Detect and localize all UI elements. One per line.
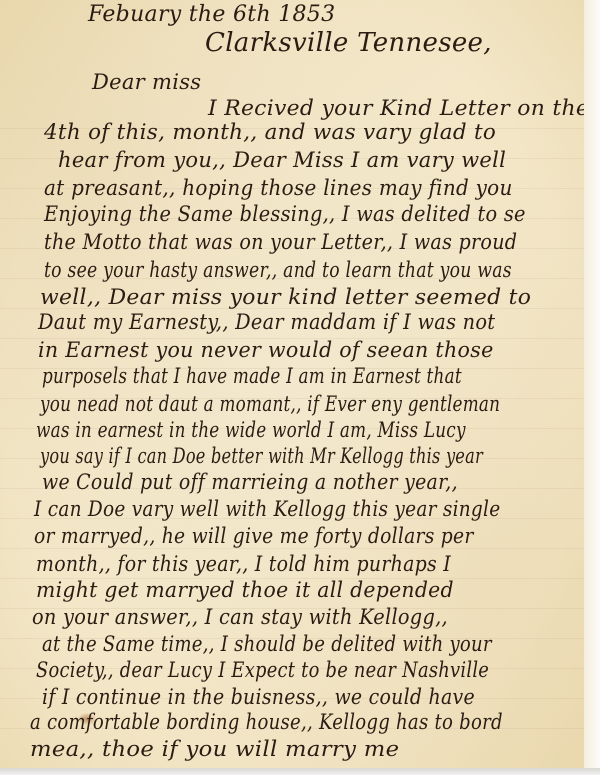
body-line: in Earnest you never would of seean thos…: [38, 338, 494, 362]
body-line: at preasant,, hoping those lines may fin…: [44, 176, 513, 200]
body-line: we Could put off marrieing a nother year…: [42, 470, 458, 494]
body-line: if I continue in the buisness,, we could…: [42, 685, 475, 709]
ruled-line: [0, 548, 584, 549]
body-line: to see your hasty answer,, and to learn …: [44, 258, 512, 282]
body-line: 4th of this, month,, and was vary glad t…: [44, 120, 496, 144]
body-line: was in earnest in the wide world I am, M…: [36, 418, 466, 442]
body-line: mea,, thoe if you will marry me: [30, 737, 399, 761]
salutation: Dear miss: [92, 70, 201, 94]
place-line: Clarksville Tennesee,: [205, 28, 492, 58]
body-line: or marryed,, he will give me forty dolla…: [34, 524, 474, 548]
body-line: Enjoying the Same blessing,, I was delit…: [44, 202, 526, 226]
body-line: Daut my Earnesty,, Dear maddam if I was …: [38, 310, 495, 334]
body-line: at the Same time,, I should be delited w…: [42, 632, 492, 656]
body-line: a comfortable bording house,, Kellogg ha…: [30, 710, 503, 734]
body-line: hear from you,, Dear Miss I am vary well: [58, 148, 506, 172]
body-line: I Recived your Kind Letter on the: [208, 96, 584, 120]
scan-edge-bottom: [0, 768, 600, 775]
date-line: Febuary the 6th 1853: [88, 2, 335, 27]
body-line: well,, Dear miss your kind letter seemed…: [40, 285, 531, 309]
letter-page: Febuary the 6th 1853 Clarksville Tennese…: [0, 0, 584, 768]
body-line: month,, for this year,, I told him purha…: [36, 552, 451, 576]
body-line: the Motto that was on your Letter,, I wa…: [44, 230, 517, 254]
body-line: I can Doe vary well with Kellogg this ye…: [34, 497, 500, 521]
body-line: purposels that I have made I am in Earne…: [42, 364, 462, 388]
body-line: you say if I can Doe better with Mr Kell…: [40, 444, 483, 468]
scan-edge-right: [584, 0, 600, 775]
body-line: Society,, dear Lucy I Expect to be near …: [36, 658, 489, 682]
body-line: you nead not daut a momant,, if Ever eny…: [40, 392, 500, 416]
body-line: on your answer,, I can stay with Kellogg…: [32, 605, 448, 629]
body-line: might get marryed thoe it all depended: [36, 578, 454, 602]
